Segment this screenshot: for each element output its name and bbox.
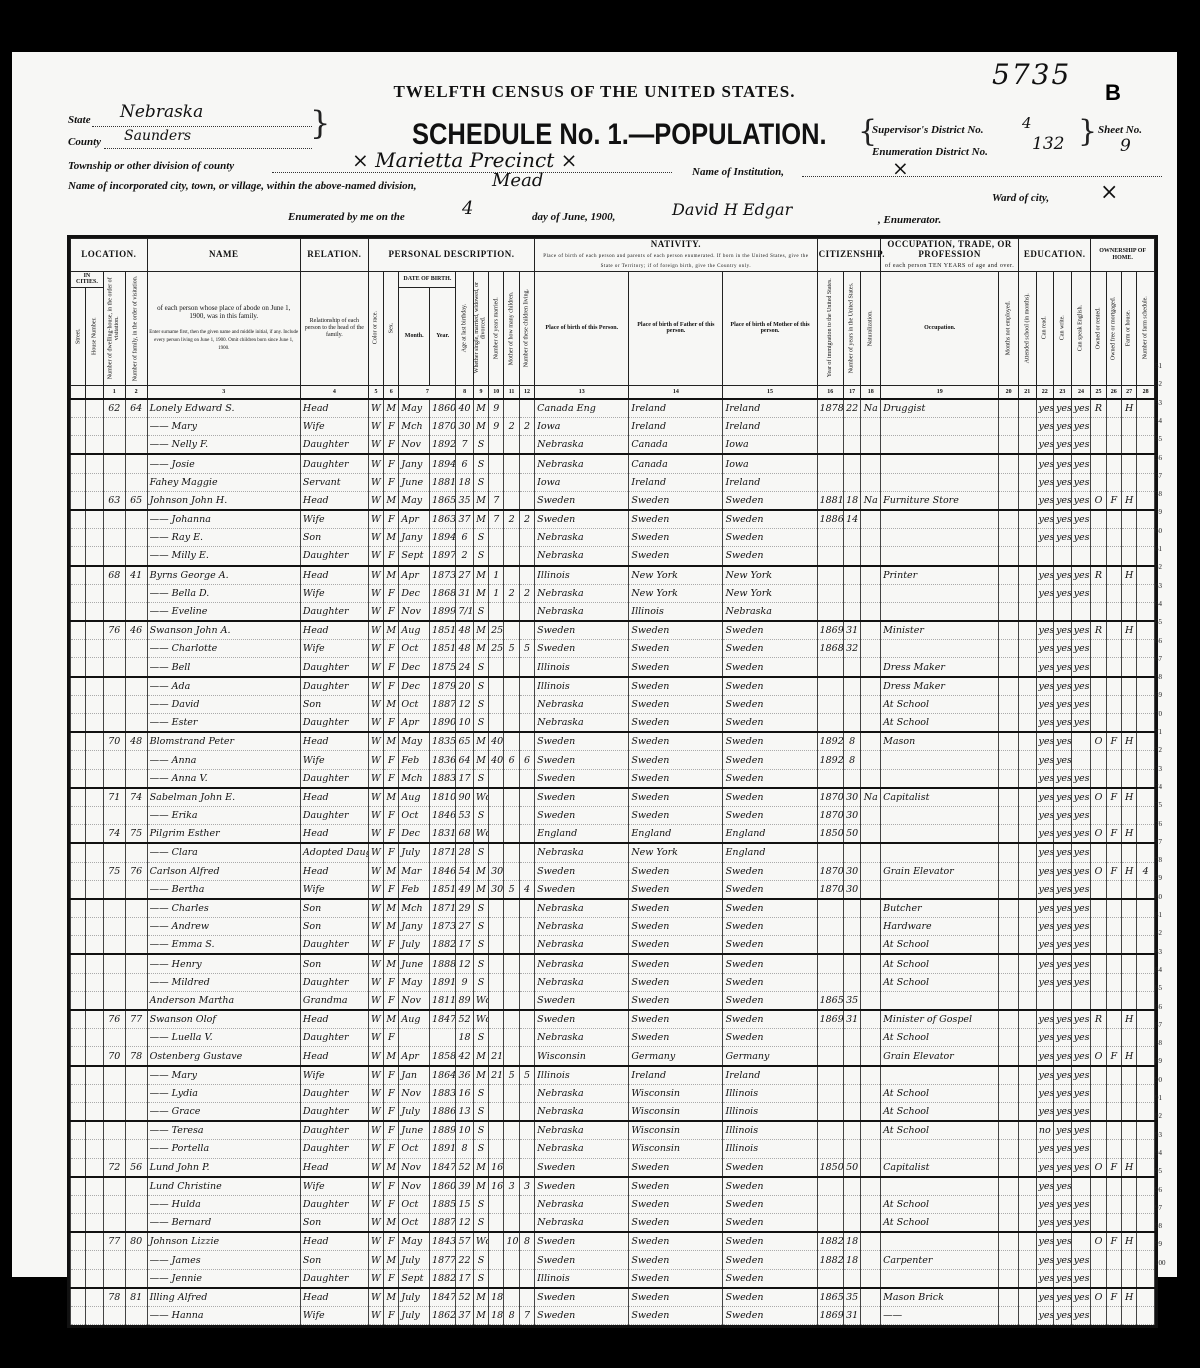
- header-education: EDUCATION.: [1019, 239, 1091, 272]
- naturalization: [861, 1288, 881, 1307]
- age: 54: [456, 862, 474, 880]
- children-living: [519, 677, 534, 696]
- birthplace-mother: Sweden: [723, 936, 817, 955]
- street-cell: [71, 973, 86, 991]
- birthplace-father: New York: [629, 566, 723, 585]
- relation: Wife: [300, 880, 368, 899]
- speak-english: yes: [1071, 454, 1091, 473]
- speak-english: yes: [1071, 658, 1091, 677]
- years-in-us: [843, 547, 861, 566]
- dwelling-number: [103, 1121, 125, 1140]
- free-mortgaged: [1106, 1029, 1121, 1047]
- relation: Head: [300, 732, 368, 751]
- state-value: Nebraska: [120, 102, 203, 122]
- can-read: yes: [1036, 1251, 1054, 1269]
- family-number: [125, 1066, 147, 1085]
- dwelling-number: 76: [103, 1010, 125, 1029]
- sex: F: [384, 1140, 399, 1158]
- months-unemployed: [999, 658, 1019, 677]
- birthplace-father: Ireland: [629, 418, 723, 436]
- immigration-year: 1892: [817, 732, 843, 751]
- dwelling-number: 78: [103, 1288, 125, 1307]
- header-dob: DATE OF BIRTH.: [399, 271, 456, 287]
- house-cell: [86, 658, 104, 677]
- free-mortgaged: F: [1106, 1232, 1121, 1251]
- table-row: —— JamesSonWMJuly187722SSwedenSwedenSwed…: [71, 1251, 1155, 1269]
- header-can-read: Can read.: [1036, 271, 1054, 385]
- years-married: 30: [489, 862, 504, 880]
- owned-rented: O: [1091, 1232, 1106, 1251]
- birth-year: 1891: [430, 1140, 456, 1158]
- line-number: 75: [1155, 801, 1162, 809]
- census-rows: 6264Lonely Edward S.HeadWMMay186040M9Can…: [71, 399, 1155, 1325]
- relation: Daughter: [300, 806, 368, 824]
- person-name: —— Eveline: [147, 602, 300, 621]
- birth-year: 1871: [430, 899, 456, 918]
- table-row: 7881Illing AlfredHeadWMJuly184752M18Swed…: [71, 1288, 1155, 1307]
- birthplace-person: Iowa: [535, 418, 629, 436]
- birth-month: Oct: [399, 1214, 430, 1233]
- sex: F: [384, 1066, 399, 1085]
- free-mortgaged: [1106, 677, 1121, 696]
- mother-of: [504, 862, 519, 880]
- immigration-year: [817, 1121, 843, 1140]
- marital-status: M: [473, 584, 488, 602]
- years-married: 7: [489, 510, 504, 529]
- attended-school: [1019, 1251, 1037, 1269]
- years-married: [489, 769, 504, 788]
- relation: Head: [300, 1158, 368, 1177]
- months-unemployed: [999, 1251, 1019, 1269]
- owned-rented: R: [1091, 1010, 1106, 1029]
- years-in-us: [843, 695, 861, 713]
- street-cell: [71, 491, 86, 510]
- relation: Daughter: [300, 1140, 368, 1158]
- mother-of: [504, 529, 519, 547]
- months-unemployed: [999, 602, 1019, 621]
- street-cell: [71, 991, 86, 1010]
- speak-english: yes: [1071, 1066, 1091, 1085]
- can-read: yes: [1036, 399, 1054, 418]
- can-read: yes: [1036, 899, 1054, 918]
- sex: M: [384, 1214, 399, 1233]
- free-mortgaged: F: [1106, 732, 1121, 751]
- column-number: 10: [489, 385, 504, 399]
- table-row: —— JosieDaughterWFJany18946SNebraskaCana…: [71, 454, 1155, 473]
- sex: F: [384, 751, 399, 769]
- birthplace-person: Nebraska: [535, 843, 629, 862]
- occupation: [881, 547, 999, 566]
- free-mortgaged: [1106, 991, 1121, 1010]
- occupation: Hardware: [881, 918, 999, 936]
- mother-of: [504, 1251, 519, 1269]
- line-number: 83: [1155, 948, 1162, 956]
- birthplace-person: Iowa: [535, 473, 629, 491]
- can-write: yes: [1054, 1307, 1072, 1325]
- dwelling-number: [103, 1102, 125, 1121]
- sex: F: [384, 769, 399, 788]
- person-name: Fahey Maggie: [147, 473, 300, 491]
- occupation: [881, 473, 999, 491]
- population-schedule-table: LOCATION. NAME RELATION. PERSONAL DESCRI…: [67, 235, 1158, 1328]
- birthplace-mother: Sweden: [723, 695, 817, 713]
- dwelling-number: 71: [103, 788, 125, 807]
- header-free-mortgaged: Owned free or mortgaged.: [1106, 271, 1121, 385]
- years-in-us: [843, 1047, 861, 1066]
- children-living: [519, 1140, 534, 1158]
- house-cell: [86, 1102, 104, 1121]
- dwelling-number: [103, 714, 125, 733]
- relation: Daughter: [300, 1102, 368, 1121]
- dwelling-number: [103, 899, 125, 918]
- header-citizenship: CITIZENSHIP.: [817, 239, 881, 272]
- mother-of: [504, 473, 519, 491]
- months-unemployed: [999, 491, 1019, 510]
- family-number: [125, 954, 147, 973]
- family-number: [125, 602, 147, 621]
- can-write: yes: [1054, 1084, 1072, 1102]
- header-month: Month.: [399, 287, 430, 385]
- relation: Daughter: [300, 1084, 368, 1102]
- street-cell: [71, 473, 86, 491]
- birthplace-father: England: [629, 825, 723, 844]
- marital-status: M: [473, 751, 488, 769]
- farm-schedule: [1137, 584, 1155, 602]
- family-number: [125, 473, 147, 491]
- sex: F: [384, 936, 399, 955]
- farm-house: [1121, 843, 1136, 862]
- dwelling-number: [103, 806, 125, 824]
- color: W: [368, 621, 383, 640]
- birthplace-mother: Sweden: [723, 1029, 817, 1047]
- age: 52: [456, 1288, 474, 1307]
- years-in-us: 14: [843, 510, 861, 529]
- birth-year: 1847: [430, 1158, 456, 1177]
- family-number: 65: [125, 491, 147, 510]
- sex: M: [384, 899, 399, 918]
- can-write: yes: [1054, 899, 1072, 918]
- marital-status: M: [473, 1047, 488, 1066]
- birthplace-mother: Illinois: [723, 1102, 817, 1121]
- color: W: [368, 1140, 383, 1158]
- sex: F: [384, 454, 399, 473]
- dwelling-number: [103, 1029, 125, 1047]
- immigration-year: 1886: [817, 510, 843, 529]
- owned-rented: [1091, 899, 1106, 918]
- mother-of: [504, 918, 519, 936]
- can-read: [1036, 547, 1054, 566]
- dwelling-number: 76: [103, 621, 125, 640]
- children-living: [519, 769, 534, 788]
- dwelling-number: [103, 695, 125, 713]
- family-number: 74: [125, 788, 147, 807]
- attended-school: [1019, 640, 1037, 658]
- farm-schedule: [1137, 1288, 1155, 1307]
- years-married: [489, 1140, 504, 1158]
- family-number: [125, 418, 147, 436]
- farm-house: [1121, 1140, 1136, 1158]
- years-married: [489, 1251, 504, 1269]
- birthplace-mother: Sweden: [723, 880, 817, 899]
- age: 12: [456, 1214, 474, 1233]
- birthplace-father: Sweden: [629, 880, 723, 899]
- relation: Head: [300, 491, 368, 510]
- marital-status: S: [473, 547, 488, 566]
- sex: M: [384, 621, 399, 640]
- naturalization: [861, 510, 881, 529]
- table-row: —— PortellaDaughterWFOct18918SNebraskaWi…: [71, 1140, 1155, 1158]
- line-number: 93: [1155, 1131, 1162, 1139]
- birth-year: 1877: [430, 1251, 456, 1269]
- sex: M: [384, 1288, 399, 1307]
- marital-status: M: [473, 862, 488, 880]
- sex: F: [384, 880, 399, 899]
- farm-house: [1121, 1121, 1136, 1140]
- birthplace-mother: Sweden: [723, 973, 817, 991]
- can-write: yes: [1054, 751, 1072, 769]
- line-number: 65: [1155, 618, 1162, 626]
- farm-schedule: [1137, 1307, 1155, 1325]
- street-cell: [71, 769, 86, 788]
- birthplace-father: Sweden: [629, 695, 723, 713]
- years-married: [489, 714, 504, 733]
- color: W: [368, 584, 383, 602]
- column-number: 7: [399, 385, 456, 399]
- person-name: —— Bertha: [147, 880, 300, 899]
- attended-school: [1019, 658, 1037, 677]
- owned-rented: [1091, 658, 1106, 677]
- house-cell: [86, 732, 104, 751]
- birthplace-mother: Nebraska: [723, 602, 817, 621]
- birthplace-person: Nebraska: [535, 1121, 629, 1140]
- immigration-year: 1882: [817, 1232, 843, 1251]
- birth-month: Nov: [399, 1158, 430, 1177]
- sex: F: [384, 677, 399, 696]
- months-unemployed: [999, 732, 1019, 751]
- free-mortgaged: [1106, 510, 1121, 529]
- table-row: —— ClaraAdopted DaughterWFJuly187128SNeb…: [71, 843, 1155, 862]
- birth-year: 1868: [430, 584, 456, 602]
- header-years-married: Number of years married.: [489, 271, 504, 385]
- age: 13: [456, 1102, 474, 1121]
- dwelling-number: [103, 640, 125, 658]
- family-number: [125, 529, 147, 547]
- person-name: Pilgrim Esther: [147, 825, 300, 844]
- birth-month: Nov: [399, 436, 430, 455]
- birthplace-mother: Sweden: [723, 769, 817, 788]
- header-name-sub: of each person whose place of abode on J…: [147, 271, 300, 385]
- speak-english: yes: [1071, 491, 1091, 510]
- table-row: —— MaryWifeWFMch187030M922IowaIrelandIre…: [71, 418, 1155, 436]
- marital-status: M: [473, 399, 488, 418]
- street-cell: [71, 1102, 86, 1121]
- line-number: 80: [1155, 893, 1162, 901]
- naturalization: [861, 1121, 881, 1140]
- birth-month: [399, 1029, 430, 1047]
- person-name: —— Nelly F.: [147, 436, 300, 455]
- children-living: [519, 695, 534, 713]
- owned-rented: [1091, 843, 1106, 862]
- can-read: [1036, 991, 1054, 1010]
- age: 8: [456, 1140, 474, 1158]
- free-mortgaged: F: [1106, 825, 1121, 844]
- person-name: —— Charles: [147, 899, 300, 918]
- birthplace-father: Sweden: [629, 862, 723, 880]
- speak-english: yes: [1071, 1140, 1091, 1158]
- person-name: —— Josie: [147, 454, 300, 473]
- years-married: [489, 1010, 504, 1029]
- owned-rented: [1091, 695, 1106, 713]
- years-married: 9: [489, 418, 504, 436]
- birthplace-mother: Sweden: [723, 547, 817, 566]
- birthplace-mother: Sweden: [723, 1232, 817, 1251]
- birth-year: 1860: [430, 399, 456, 418]
- years-married: [489, 843, 504, 862]
- owned-rented: [1091, 1140, 1106, 1158]
- dwelling-number: 74: [103, 825, 125, 844]
- age: 28: [456, 843, 474, 862]
- color: W: [368, 1251, 383, 1269]
- children-living: [519, 862, 534, 880]
- free-mortgaged: [1106, 640, 1121, 658]
- immigration-year: [817, 1066, 843, 1085]
- person-name: Anderson Martha: [147, 991, 300, 1010]
- years-in-us: 35: [843, 991, 861, 1010]
- person-name: —— James: [147, 1251, 300, 1269]
- birthplace-person: Nebraska: [535, 1102, 629, 1121]
- age: 18: [456, 1029, 474, 1047]
- owned-rented: R: [1091, 566, 1106, 585]
- dwelling-number: [103, 1307, 125, 1325]
- relation: Son: [300, 954, 368, 973]
- naturalization: [861, 899, 881, 918]
- header-relation-sub: Relationship of each person to the head …: [300, 271, 368, 385]
- farm-house: H: [1121, 1232, 1136, 1251]
- color: W: [368, 491, 383, 510]
- children-living: 8: [519, 1232, 534, 1251]
- house-cell: [86, 1121, 104, 1140]
- immigration-year: 1882: [817, 1251, 843, 1269]
- house-cell: [86, 788, 104, 807]
- attended-school: [1019, 621, 1037, 640]
- owned-rented: O: [1091, 825, 1106, 844]
- free-mortgaged: [1106, 1010, 1121, 1029]
- can-write: yes: [1054, 566, 1072, 585]
- sex: M: [384, 1251, 399, 1269]
- age: 6: [456, 454, 474, 473]
- immigration-year: [817, 1084, 843, 1102]
- family-number: [125, 1251, 147, 1269]
- age: 40: [456, 399, 474, 418]
- can-read: yes: [1036, 918, 1054, 936]
- header-months-unemployed: Months not employed.: [999, 271, 1019, 385]
- sex: F: [384, 806, 399, 824]
- speak-english: yes: [1071, 1010, 1091, 1029]
- person-name: Johnson Lizzie: [147, 1232, 300, 1251]
- person-name: Swanson John A.: [147, 621, 300, 640]
- farm-schedule: [1137, 1047, 1155, 1066]
- birth-month: Apr: [399, 566, 430, 585]
- birthplace-father: Sweden: [629, 1158, 723, 1177]
- farm-house: [1121, 806, 1136, 824]
- can-write: yes: [1054, 1288, 1072, 1307]
- color: W: [368, 602, 383, 621]
- house-cell: [86, 1158, 104, 1177]
- marital-status: M: [473, 1177, 488, 1196]
- years-married: [489, 806, 504, 824]
- attended-school: [1019, 1047, 1037, 1066]
- occupation: At School: [881, 1102, 999, 1121]
- children-living: [519, 491, 534, 510]
- marital-status: S: [473, 1195, 488, 1213]
- farm-schedule: [1137, 491, 1155, 510]
- free-mortgaged: [1106, 918, 1121, 936]
- can-read: yes: [1036, 640, 1054, 658]
- line-number: 89: [1155, 1057, 1162, 1065]
- house-cell: [86, 677, 104, 696]
- header-birth-person: Place of birth of this Person.: [535, 271, 629, 385]
- birthplace-mother: Sweden: [723, 732, 817, 751]
- years-in-us: 30: [843, 880, 861, 899]
- house-cell: [86, 547, 104, 566]
- free-mortgaged: [1106, 602, 1121, 621]
- birth-month: July: [399, 1251, 430, 1269]
- house-cell: [86, 1232, 104, 1251]
- birthplace-mother: Sweden: [723, 1288, 817, 1307]
- can-read: yes: [1036, 936, 1054, 955]
- column-number: 28: [1137, 385, 1155, 399]
- line-number: 61: [1155, 545, 1162, 553]
- family-number: [125, 640, 147, 658]
- person-name: —— Mary: [147, 418, 300, 436]
- table-row: 6841Byrns George A.HeadWMApr187327M1Illi…: [71, 566, 1155, 585]
- years-married: [489, 1029, 504, 1047]
- table-row: 7677Swanson OlofHeadWMAug184752WdSwedenS…: [71, 1010, 1155, 1029]
- street-cell: [71, 825, 86, 844]
- occupation: Druggist: [881, 399, 999, 418]
- birth-month: July: [399, 1102, 430, 1121]
- immigration-year: [817, 547, 843, 566]
- naturalization: Na: [861, 491, 881, 510]
- mother-of: [504, 1269, 519, 1288]
- relation: Daughter: [300, 602, 368, 621]
- birthplace-father: Sweden: [629, 1010, 723, 1029]
- naturalization: [861, 918, 881, 936]
- birthplace-mother: Illinois: [723, 1084, 817, 1102]
- street-cell: [71, 1288, 86, 1307]
- birthplace-father: Sweden: [629, 1288, 723, 1307]
- family-number: [125, 1307, 147, 1325]
- months-unemployed: [999, 1010, 1019, 1029]
- birth-month: Mch: [399, 769, 430, 788]
- occupation: Minister: [881, 621, 999, 640]
- occupation: [881, 454, 999, 473]
- attended-school: [1019, 843, 1037, 862]
- years-in-us: [843, 714, 861, 733]
- marital-status: M: [473, 732, 488, 751]
- table-row: —— LydiaDaughterWFNov188316SNebraskaWisc…: [71, 1084, 1155, 1102]
- speak-english: yes: [1071, 1158, 1091, 1177]
- years-married: [489, 1084, 504, 1102]
- can-read: yes: [1036, 491, 1054, 510]
- birthplace-father: Sweden: [629, 677, 723, 696]
- can-read: yes: [1036, 454, 1054, 473]
- table-row: —— Milly E.DaughterWFSept18972SNebraskaS…: [71, 547, 1155, 566]
- children-living: [519, 566, 534, 585]
- can-write: yes: [1054, 473, 1072, 491]
- marital-status: M: [473, 510, 488, 529]
- relation: Daughter: [300, 769, 368, 788]
